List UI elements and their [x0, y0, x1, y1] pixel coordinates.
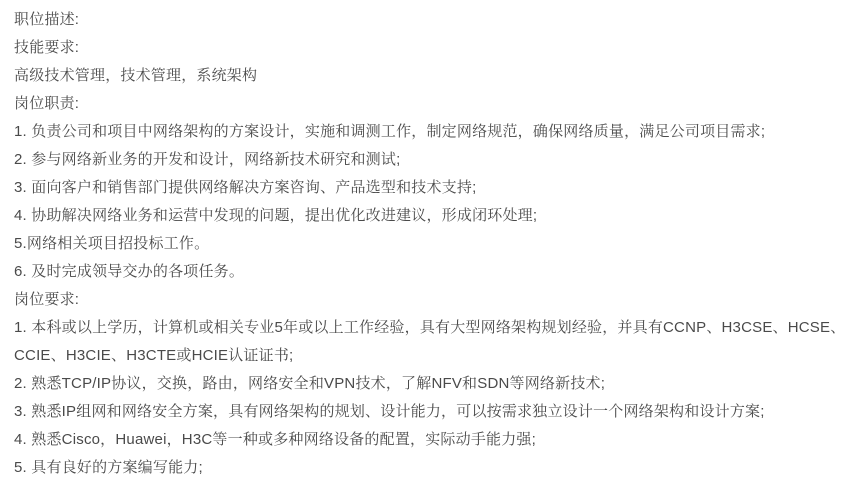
heading-job-requirements: 岗位要求: — [14, 286, 841, 314]
duty-item-1: 1. 负责公司和项目中网络架构的方案设计，实施和调测工作，制定网络规范，确保网络… — [14, 118, 841, 146]
requirement-item-2: 2. 熟悉TCP/IP协议，交换，路由，网络安全和VPN技术，了解NFV和SDN… — [14, 370, 841, 398]
skills-summary: 高级技术管理，技术管理，系统架构 — [14, 62, 841, 90]
requirement-item-1-line-2: CCIE、H3CIE、H3CTE或HCIE认证证书; — [14, 342, 841, 370]
duty-item-6: 6. 及时完成领导交办的各项任务。 — [14, 258, 841, 286]
duty-item-3: 3. 面向客户和销售部门提供网络解决方案咨询、产品选型和技术支持; — [14, 174, 841, 202]
requirement-item-4: 4. 熟悉Cisco，Huawei，H3C等一种或多种网络设备的配置，实际动手能… — [14, 426, 841, 454]
requirement-item-1-line-1: 1. 本科或以上学历，计算机或相关专业5年或以上工作经验，具有大型网络架构规划经… — [14, 314, 841, 342]
job-description-page: 职位描述: 技能要求: 高级技术管理，技术管理，系统架构 岗位职责: 1. 负责… — [0, 0, 853, 485]
heading-job-duties: 岗位职责: — [14, 90, 841, 118]
duty-item-5: 5.网络相关项目招投标工作。 — [14, 230, 841, 258]
requirement-item-3: 3. 熟悉IP组网和网络安全方案，具有网络架构的规划、设计能力，可以按需求独立设… — [14, 398, 841, 426]
duty-item-4: 4. 协助解决网络业务和运营中发现的问题，提出优化改进建议，形成闭环处理; — [14, 202, 841, 230]
heading-position-description: 职位描述: — [14, 6, 841, 34]
duty-item-2: 2. 参与网络新业务的开发和设计，网络新技术研究和测试; — [14, 146, 841, 174]
requirement-item-5: 5. 具有良好的方案编写能力; — [14, 454, 841, 482]
heading-skill-requirements: 技能要求: — [14, 34, 841, 62]
